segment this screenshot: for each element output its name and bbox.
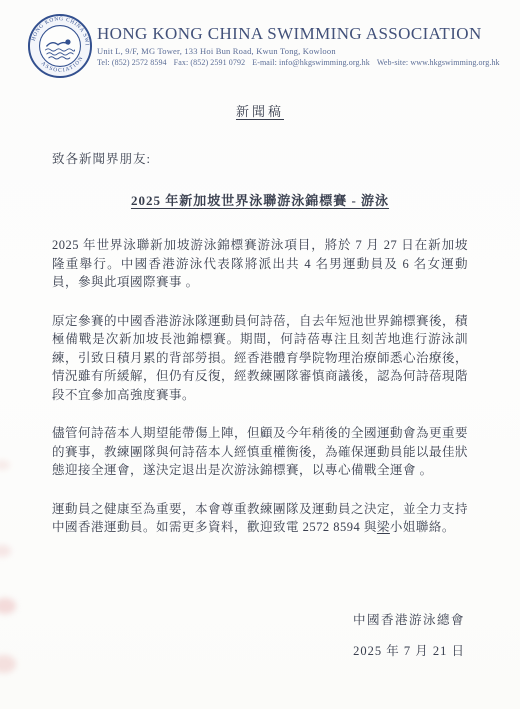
scan-artifact (0, 545, 11, 557)
press-release-title: 2025 年新加坡世界泳聯游泳錦標賽 - 游泳 (0, 190, 520, 209)
paragraph-3: 儘管何詩蓓本人期望能帶傷上陣，但顧及今年稍後的全國運動會為更重要的賽事，教練團隊… (52, 424, 468, 480)
press-release-body: 2025 年世界泳聯新加坡游泳錦標賽游泳項目，將於 7 月 27 日在新加坡隆重… (52, 236, 468, 557)
paragraph-1: 2025 年世界泳聯新加坡游泳錦標賽游泳項目，將於 7 月 27 日在新加坡隆重… (52, 236, 468, 292)
organization-address: Unit L, 9/F, MG Tower, 133 Hoi Bun Road,… (97, 45, 517, 57)
swimming-association-seal-icon: HONG KONG CHINA SWIMMING ASSOCIATION (27, 13, 93, 79)
letterhead: HONG KONG CHINA SWIMMING ASSOCIATION Uni… (97, 24, 517, 69)
press-release-page: HONG KONG CHINA SWIMMING ASSOCIATION HON… (0, 0, 520, 709)
paragraph-2: 原定參賽的中國香港游泳隊運動員何詩蓓，自去年短池世界錦標賽後，積極備戰是次新加坡… (52, 312, 468, 405)
organization-name: HONG KONG CHINA SWIMMING ASSOCIATION (97, 24, 517, 44)
closing-text-after-contact: 小姐聯絡。 (390, 520, 455, 534)
document-date: 2025 年 7 月 21 日 (353, 641, 465, 659)
association-seal-logo: HONG KONG CHINA SWIMMING ASSOCIATION (27, 13, 93, 79)
scan-artifact (0, 598, 16, 614)
email-label: E-mail: info@hkgswimming.org.hk (252, 58, 370, 67)
website-label: Web-site: www.hkgswimming.org.hk (377, 58, 500, 67)
scan-artifact (0, 460, 10, 470)
scan-artifact (0, 655, 16, 673)
doc-type-heading: 新聞稿 (0, 101, 520, 120)
contact-person-name: 梁 (377, 520, 390, 534)
organization-contact-line: Tel: (852) 2572 8594Fax: (852) 2591 0792… (97, 57, 517, 69)
salutation: 致各新聞界朋友: (52, 149, 151, 167)
signature-organization: 中國香港游泳總會 (353, 610, 465, 628)
signoff-block: 中國香港游泳總會 2025 年 7 月 21 日 (353, 610, 465, 659)
tel-label: Tel: (852) 2572 8594 (97, 58, 167, 67)
fax-label: Fax: (852) 2591 0792 (174, 58, 246, 67)
paragraph-closing: 運動員之健康至為重要，本會尊重教練團隊及運動員之決定，並全力支持中國香港運動員。… (52, 500, 468, 537)
